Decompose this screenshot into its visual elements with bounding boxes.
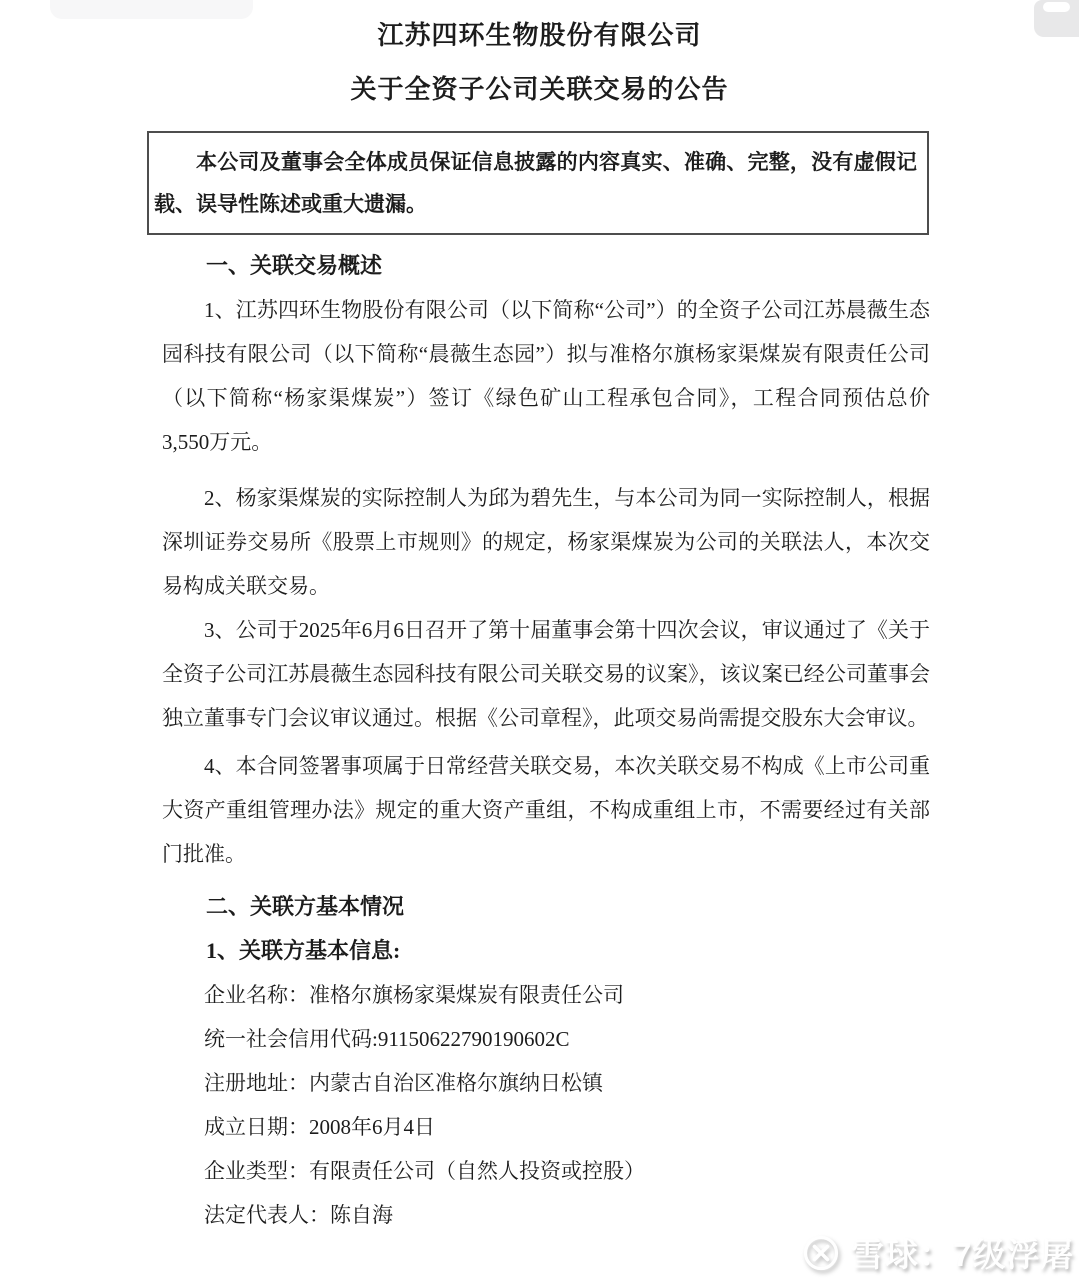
disclaimer-text: 本公司及董事会全体成员保证信息披露的内容真实、准确、完整，没有虚假记载、误导性陈… — [154, 141, 917, 225]
section-heading-2: 二、关联方基本情况 — [162, 885, 930, 929]
subsection-heading-basic-info: 1、关联方基本信息: — [162, 929, 930, 973]
info-line-company-name: 企业名称：准格尔旗杨家渠煤炭有限责任公司 — [162, 973, 930, 1017]
paragraph-3: 3、公司于2025年6月6日召开了第十届董事会第十四次会议，审议通过了《关于全资… — [162, 608, 930, 740]
paragraph-1: 1、江苏四环生物股份有限公司（以下简称“公司”）的全资子公司江苏晨薇生态园科技有… — [162, 288, 930, 464]
info-line-legal-representative: 法定代表人：陈自海 — [162, 1193, 930, 1237]
info-line-company-type: 企业类型：有限责任公司（自然人投资或控股） — [162, 1149, 930, 1193]
info-line-credit-code: 统一社会信用代码:91150622790190602C — [162, 1017, 930, 1061]
paragraph-4: 4、本合同签署事项属于日常经营关联交易，本次关联交易不构成《上市公司重大资产重组… — [162, 744, 930, 876]
announcement-subtitle: 关于全资子公司关联交易的公告 — [0, 76, 1079, 104]
floating-widget-handle — [1043, 2, 1070, 12]
document-title: 江苏四环生物股份有限公司 — [0, 22, 1079, 50]
section-heading-1: 一、关联交易概述 — [162, 244, 930, 288]
paragraph-2: 2、杨家渠煤炭的实际控制人为邱为碧先生，与本公司为同一实际控制人，根据深圳证券交… — [162, 476, 930, 608]
top-edge-tab — [50, 0, 253, 19]
xueqiu-logo-icon — [803, 1235, 839, 1271]
info-line-registered-address: 注册地址：内蒙古自治区准格尔旗纳日松镇 — [162, 1061, 930, 1105]
info-line-establish-date: 成立日期：2008年6月4日 — [162, 1105, 930, 1149]
document-body: 一、关联交易概述 1、江苏四环生物股份有限公司（以下简称“公司”）的全资子公司江… — [162, 244, 930, 1237]
disclaimer-box: 本公司及董事会全体成员保证信息披露的内容真实、准确、完整，没有虚假记载、误导性陈… — [147, 131, 929, 235]
floating-widget[interactable] — [1034, 0, 1079, 37]
